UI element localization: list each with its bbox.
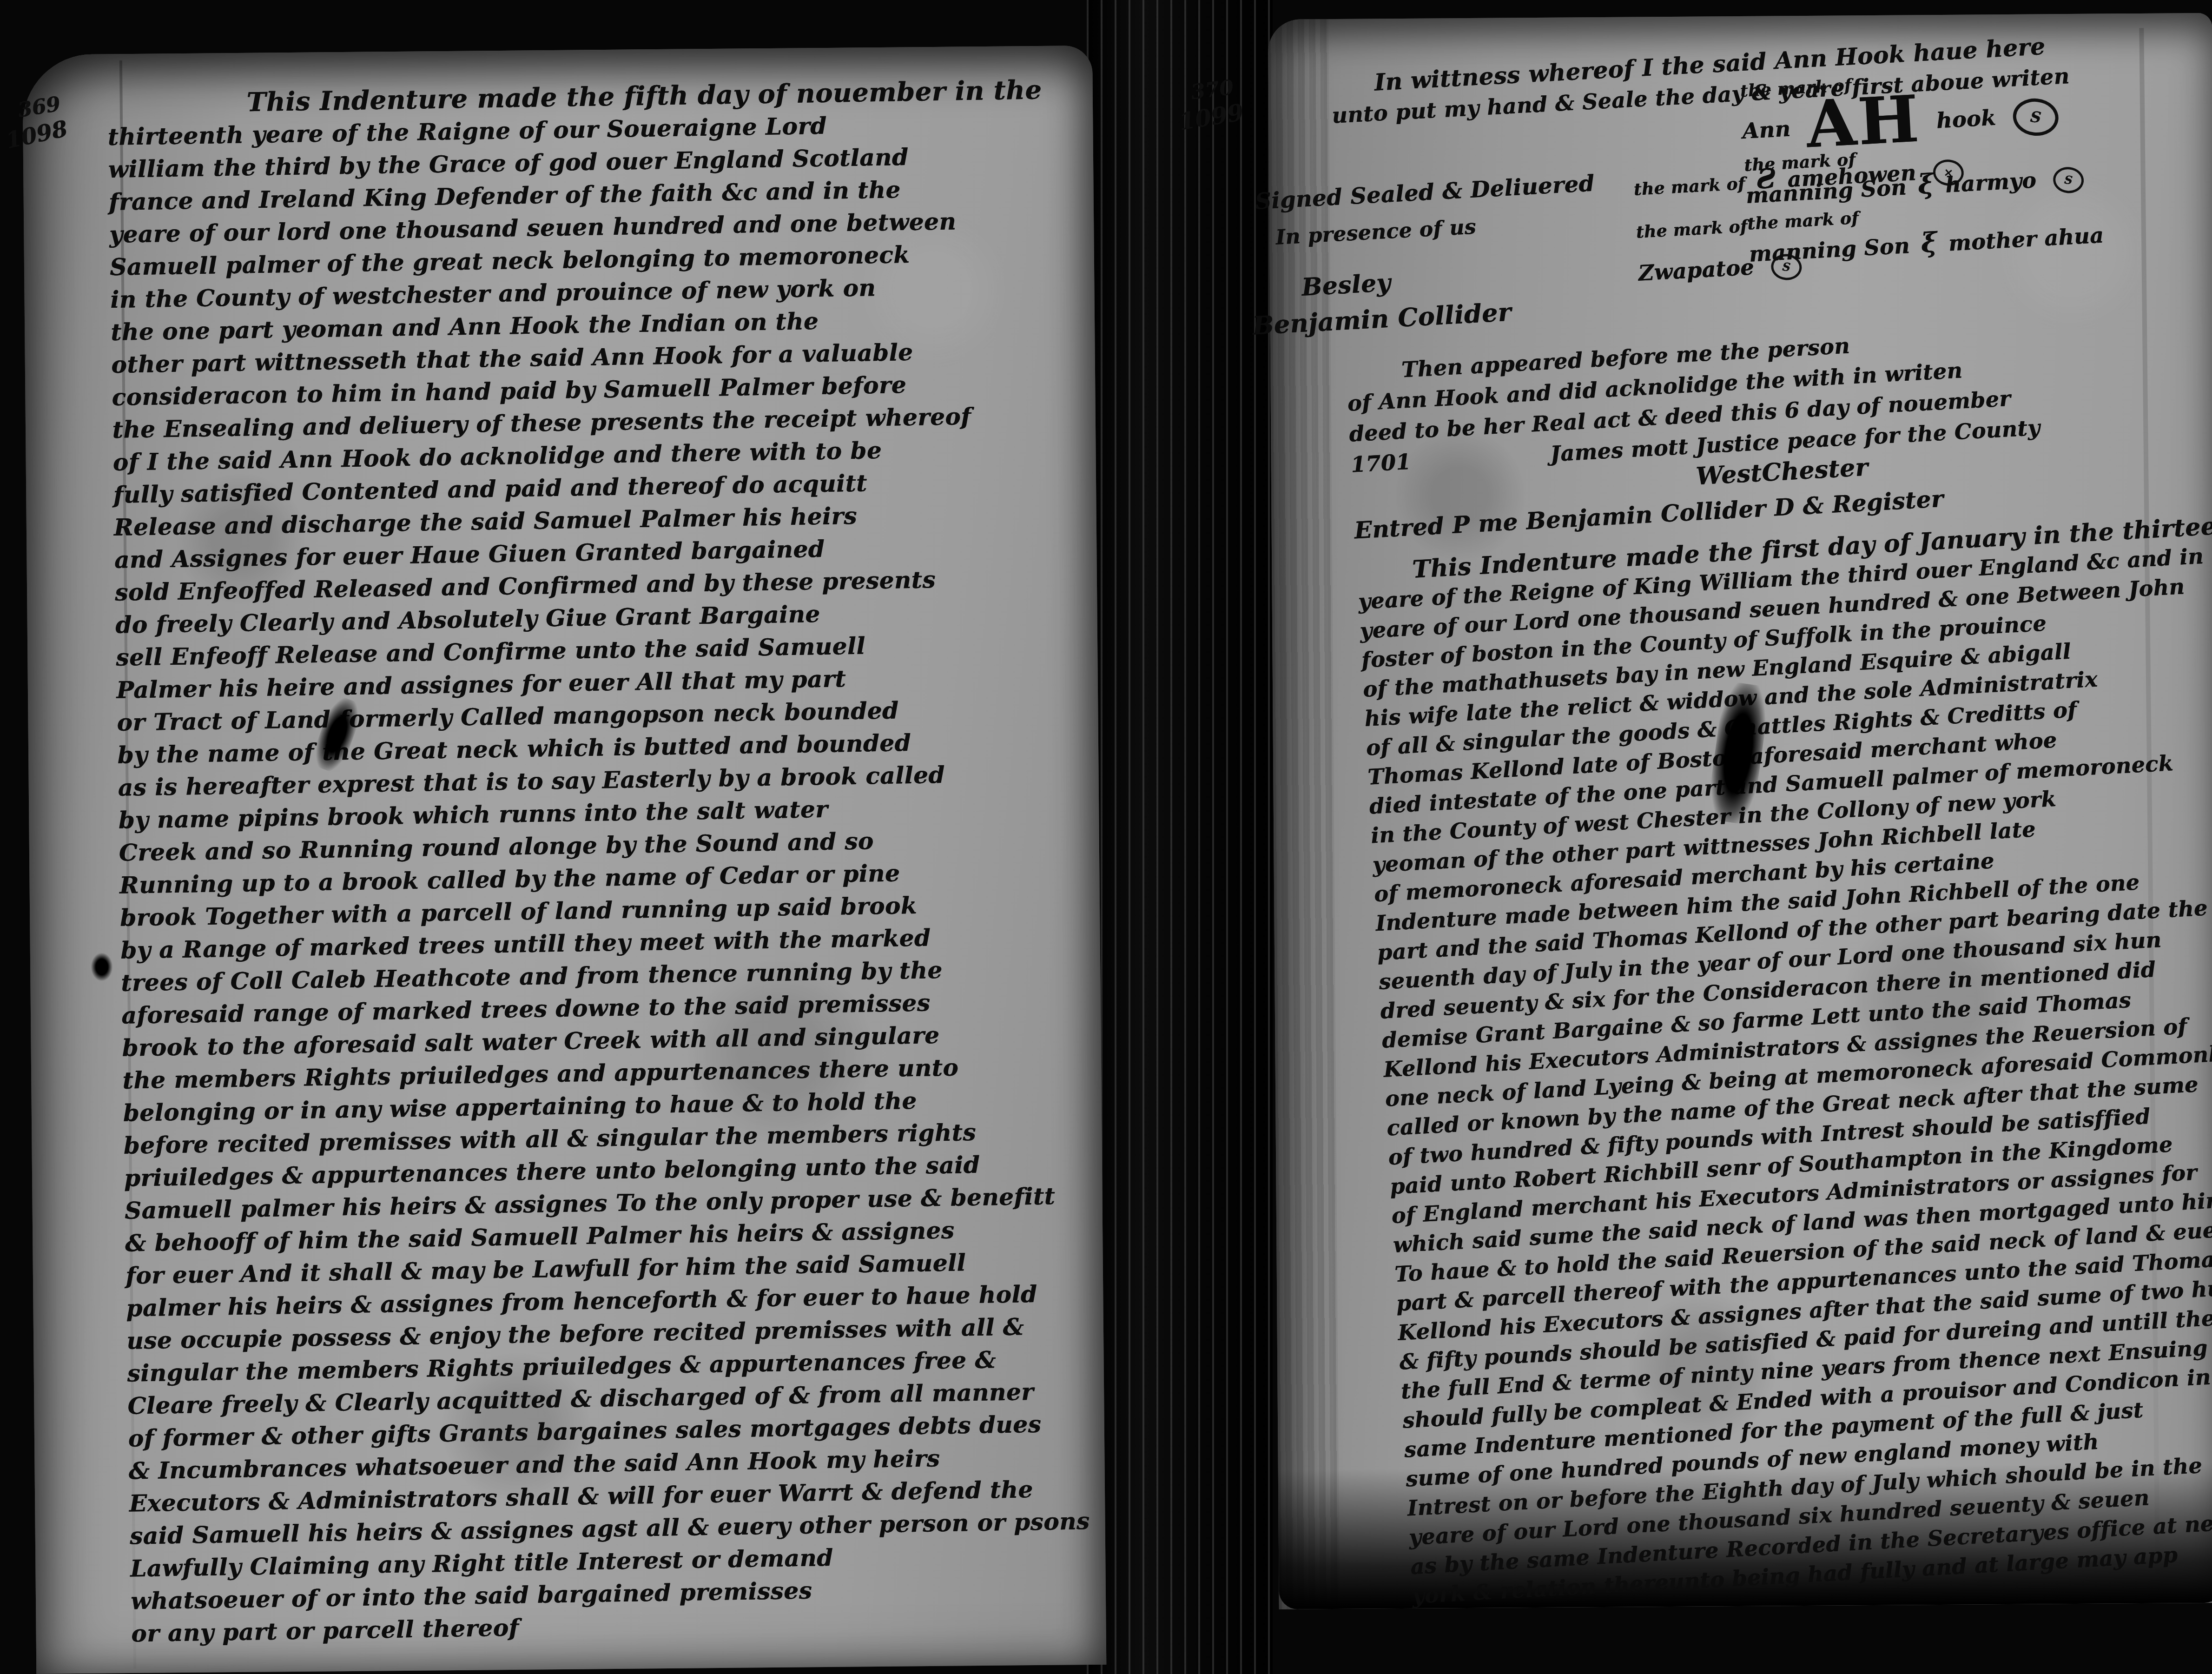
mark-name: harmyo [1945, 167, 2037, 198]
attestation-left-column: Signed Sealed & Deliuered In presence of… [1254, 168, 1602, 341]
acknowledgment-block: Then appeared before me the person of An… [1345, 311, 2212, 546]
mark-label: the mark of [1636, 217, 1748, 242]
second-indenture-text: This Indenture made the first day of Jan… [1356, 511, 2212, 1611]
mark-name: mother ahua [1948, 222, 2104, 256]
personal-mark-icon: ξ [1916, 226, 1941, 259]
mark-name: manning Son [1748, 233, 1910, 267]
acknowledgment-year: 1701 [1350, 446, 1412, 480]
right-page-text: In wittness whereof I the said Ann Hook … [1329, 23, 2212, 1611]
personal-mark-icon: ξ [1913, 167, 1938, 200]
mark-name: manning Son [1745, 174, 1907, 208]
attestation-right-column: the mark of Ann AH hook S the mark of ma… [1740, 62, 2105, 272]
ann-hook-monogram: AH [1796, 80, 1931, 163]
attestation-block: Signed Sealed & Deliuered In presence of… [1333, 84, 2208, 349]
left-page-text: This Indenture made the fifth day of nou… [107, 73, 1122, 1650]
mark-label: the mark of [1633, 174, 1746, 199]
manuscript-scan: { "left_page": { "folio_number": "369", … [0, 0, 2212, 1674]
signature-surname: hook [1935, 105, 1996, 133]
mark-name: Zwapatoe [1638, 254, 1755, 285]
signature-forename: Ann [1742, 116, 1791, 144]
seal-icon: S [2011, 96, 2060, 138]
seal-icon: S [2052, 165, 2085, 194]
